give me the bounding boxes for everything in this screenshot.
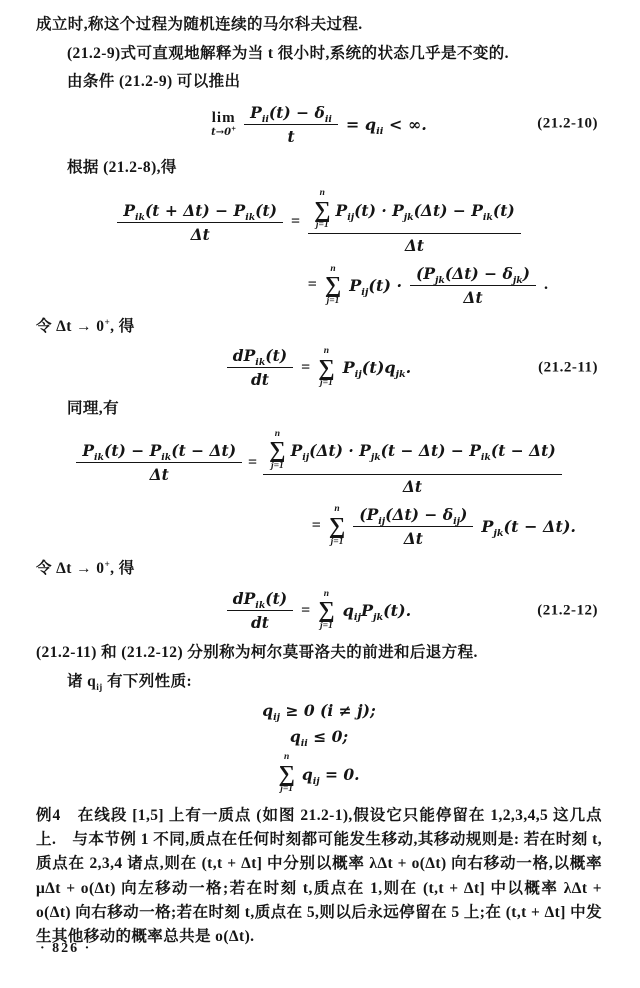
sum-lower-limit: j=1 xyxy=(320,379,333,389)
property-1: qij ≥ 0 (i ≠ j); xyxy=(262,701,375,720)
property-3-rhs: qij = 0. xyxy=(302,765,360,784)
equals-sign: = xyxy=(248,454,257,472)
denominator: t xyxy=(287,125,294,146)
numerator: Pii(t) − δii xyxy=(250,103,332,122)
equation-derivation-b-line1: Pik(t) − Pik(t − Δt) Δt = n ∑ j=1 Pij(Δt… xyxy=(36,430,602,496)
sigma-icon: ∑ xyxy=(329,516,345,537)
summation-symbol: n ∑ j=1 xyxy=(278,753,294,795)
sigma-icon: ∑ xyxy=(314,200,330,221)
limit-operator: lim t→0+ xyxy=(211,111,236,138)
term: Pij(t) · xyxy=(349,276,402,295)
fraction: dPik(t) dt xyxy=(227,589,293,632)
equation-body: lim t→0+ Pii(t) − δii t = qii < ∞. xyxy=(211,103,427,146)
fraction-lhs: Pik(t + Δt) − Pik(t) Δt xyxy=(117,201,283,244)
summation-symbol: n ∑ j=1 xyxy=(318,590,334,632)
paragraph-intro: 成立时,称这个过程为随机连续的马尔科夫过程. xyxy=(36,13,602,37)
numerator: Pik(t + Δt) − Pik(t) xyxy=(123,201,277,220)
sigma-icon: ∑ xyxy=(318,600,334,621)
sum-lower-limit: j=1 xyxy=(327,297,340,307)
equation-number: (21.2-12) xyxy=(537,602,598,619)
paragraph-let-limit-1: 令 Δt → 0+, 得 xyxy=(36,315,602,339)
denominator: Δt xyxy=(463,286,482,307)
equals-sign: = xyxy=(312,517,321,535)
numerator: (Pjk(Δt) − δjk) xyxy=(416,264,530,283)
equals-sign: = xyxy=(301,602,310,620)
equation-number: (21.2-10) xyxy=(537,116,598,133)
paragraph-kolmogorov: (21.2-11) 和 (21.2-12) 分别称为柯尔莫哥洛夫的前进和后退方程… xyxy=(36,641,602,665)
denominator: Δt xyxy=(404,527,423,548)
fraction-lhs: Pik(t) − Pik(t − Δt) Δt xyxy=(76,441,242,484)
equation-21-2-12: dPik(t) dt = n ∑ j=1 qijPjk(t). (21.2-12… xyxy=(36,589,602,632)
equation-number: (21.2-11) xyxy=(538,359,598,376)
denominator: Δt xyxy=(191,223,210,244)
numerator: dPik(t) xyxy=(233,346,287,365)
paragraph-properties-intro: 诸 qij 有下列性质: xyxy=(36,670,602,694)
fraction-rhs: n ∑ j=1 Pij(Δt) · Pjk(t − Δt) − Pik(t − … xyxy=(263,430,562,496)
sigma-icon: ∑ xyxy=(325,275,341,296)
equals-sign: = xyxy=(291,213,300,231)
equation-21-2-10: lim t→0+ Pii(t) − δii t = qii < ∞. (21.2… xyxy=(36,103,602,146)
fraction: (Pjk(Δt) − δjk) Δt xyxy=(410,264,536,307)
sigma-icon: ∑ xyxy=(278,764,294,785)
equation-derivation-a-line2: = n ∑ j=1 Pij(t) · (Pjk(Δt) − δjk) Δt . xyxy=(36,264,602,307)
property-2: qii ≤ 0; xyxy=(290,727,348,746)
sigma-icon: ∑ xyxy=(269,440,285,461)
sum-lower-limit: j=1 xyxy=(316,221,329,231)
numerator: Pij(Δt) · Pjk(t − Δt) − Pik(t − Δt) xyxy=(291,441,556,460)
fraction: dPik(t) dt xyxy=(227,346,293,389)
term: Pjk(t − Δt). xyxy=(481,517,576,536)
summation-symbol: n ∑ j=1 xyxy=(318,347,334,389)
numerator: Pik(t) − Pik(t − Δt) xyxy=(82,441,236,460)
denominator: Δt xyxy=(405,234,424,255)
period: . xyxy=(544,276,548,294)
paragraph-explain: (21.2-9)式可直观地解释为当 t 很小时,系统的状态几乎是不变的. xyxy=(36,42,602,66)
summation-symbol: n ∑ j=1 xyxy=(325,265,341,307)
sum-lower-limit: j=1 xyxy=(280,785,293,795)
lim-word: lim xyxy=(212,111,236,126)
page-number: · 826 · xyxy=(40,941,91,957)
sum-lower-limit: j=1 xyxy=(320,622,333,632)
denominator: Δt xyxy=(403,475,422,496)
equation-rhs: qijPjk(t). xyxy=(343,601,412,620)
sum-lower-limit: j=1 xyxy=(271,462,284,472)
fraction: Pii(t) − δii t xyxy=(244,103,338,146)
sum-lower-limit: j=1 xyxy=(331,538,344,548)
fraction-rhs: n ∑ j=1 Pij(t) · Pjk(Δt) − Pik(t) Δt xyxy=(308,189,521,255)
equals-sign: = xyxy=(308,276,317,294)
q-properties-list: qij ≥ 0 (i ≠ j); qii ≤ 0; n ∑ j=1 qij = … xyxy=(36,701,602,795)
equation-rhs: Pij(t)qjk. xyxy=(343,358,412,377)
denominator: Δt xyxy=(150,463,169,484)
denominator: dt xyxy=(251,611,269,632)
fraction: (Pij(Δt) − δij) Δt xyxy=(353,505,473,548)
summation-symbol: n ∑ j=1 xyxy=(329,505,345,547)
summation-symbol: n ∑ j=1 xyxy=(269,430,285,472)
property-3: n ∑ j=1 qij = 0. xyxy=(278,753,359,795)
equals-sign: = xyxy=(301,359,310,377)
paragraph-according: 根据 (21.2-8),得 xyxy=(36,156,602,180)
paragraph-derive: 由条件 (21.2-9) 可以推出 xyxy=(36,70,602,94)
numerator: dPik(t) xyxy=(233,589,287,608)
equation-derivation-a-line1: Pik(t + Δt) − Pik(t) Δt = n ∑ j=1 Pij(t)… xyxy=(36,189,602,255)
lim-subscript: t→0+ xyxy=(211,128,236,138)
sigma-icon: ∑ xyxy=(318,358,334,379)
numerator: (Pij(Δt) − δij) xyxy=(359,505,467,524)
equation-derivation-b-line2: = n ∑ j=1 (Pij(Δt) − δij) Δt Pjk(t − Δt)… xyxy=(36,505,602,548)
equation-rhs: = qii < ∞. xyxy=(346,115,427,134)
paragraph-example-4: 例4 在线段 [1,5] 上有一质点 (如图 21.2-1),假设它只能停留在 … xyxy=(36,804,602,949)
summation-symbol: n ∑ j=1 xyxy=(314,189,330,231)
denominator: dt xyxy=(251,368,269,389)
equation-21-2-11: dPik(t) dt = n ∑ j=1 Pij(t)qjk. (21.2-11… xyxy=(36,346,602,389)
numerator: Pij(t) · Pjk(Δt) − Pik(t) xyxy=(336,201,515,220)
paragraph-similarly: 同理,有 xyxy=(36,397,602,421)
paragraph-let-limit-2: 令 Δt → 0+, 得 xyxy=(36,557,602,581)
textbook-page: 成立时,称这个过程为随机连续的马尔科夫过程. (21.2-9)式可直观地解释为当… xyxy=(0,0,640,988)
